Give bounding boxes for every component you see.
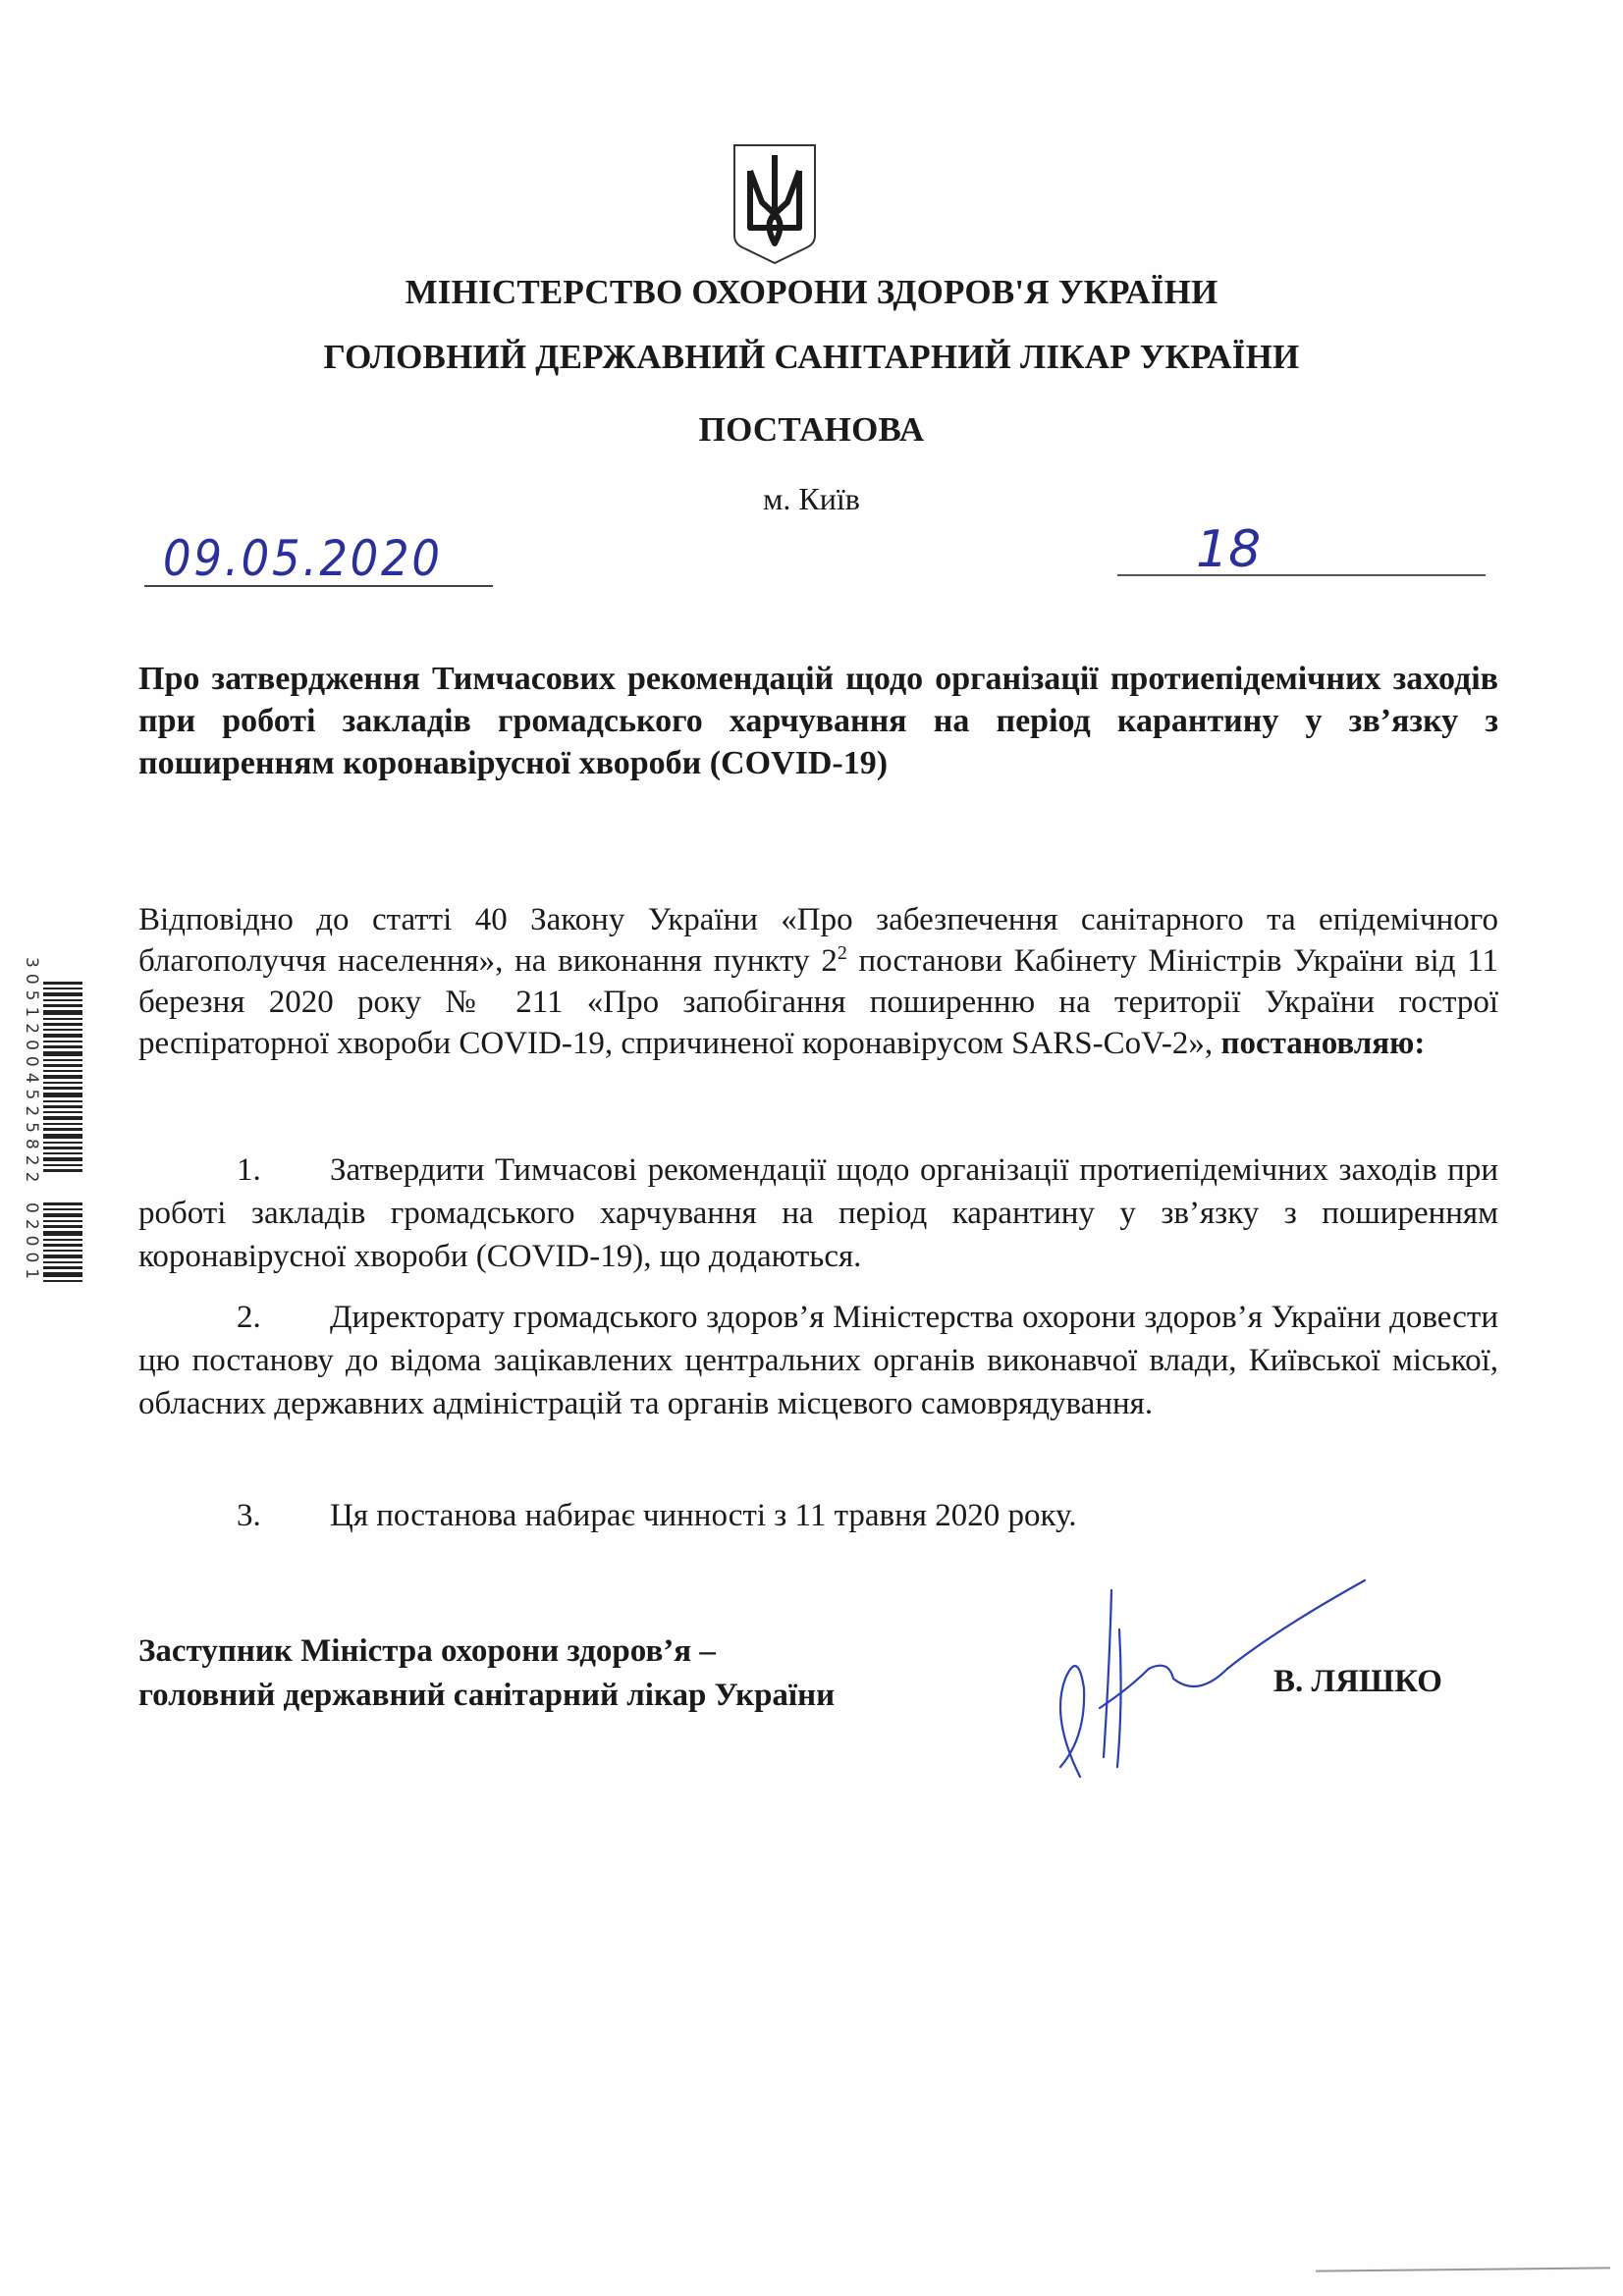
handwritten-number: 18: [1196, 520, 1261, 579]
list-item: 3.Ця постанова набирає чинності з 11 тра…: [138, 1494, 1498, 1537]
item-number: 2.: [138, 1296, 330, 1339]
barcode-digits-top: 30512004525822: [22, 957, 41, 1188]
scan-edge-line: [1316, 2267, 1610, 2271]
handwritten-date: 09.05.2020: [163, 530, 443, 587]
preamble-paragraph: Відповідно до статті 40 Закону України «…: [138, 899, 1498, 1064]
signatory-position: Заступник Міністра охорони здоров’я – го…: [138, 1629, 835, 1718]
item-number: 3.: [138, 1494, 330, 1537]
preamble-superscript: 2: [838, 942, 847, 964]
resolve-word: постановляю:: [1220, 1026, 1425, 1061]
item-number: 1.: [138, 1148, 330, 1192]
number-underline: [1117, 574, 1486, 576]
document-title: Про затвердження Тимчасових рекомендацій…: [138, 658, 1498, 784]
signatory-name: В. ЛЯШКО: [1273, 1664, 1442, 1700]
chief-sanitary-doctor-title: ГОЛОВНИЙ ДЕРЖАВНИЙ САНІТАРНИЙ ЛІКАР УКРА…: [0, 338, 1623, 377]
document-page: МІНІСТЕРСТВО ОХОРОНИ ЗДОРОВ'Я УКРАЇНИ ГО…: [0, 0, 1623, 2296]
signatory-position-line2: головний державний санітарний лікар Укра…: [138, 1674, 835, 1718]
item-text: Директорату громадського здоров’я Мініст…: [138, 1300, 1498, 1421]
ministry-name: МІНІСТЕРСТВО ОХОРОНИ ЗДОРОВ'Я УКРАЇНИ: [0, 273, 1623, 312]
list-item: 2.Директорату громадського здоров’я Міні…: [138, 1296, 1498, 1425]
document-type: ПОСТАНОВА: [0, 410, 1623, 450]
date-underline: [144, 585, 493, 587]
item-text: Ця постанова набирає чинності з 11 травн…: [330, 1498, 1076, 1533]
item-text: Затвердити Тимчасові рекомендації щодо о…: [138, 1152, 1498, 1274]
city: м. Київ: [0, 481, 1623, 517]
signatory-position-line1: Заступник Міністра охорони здоров’я –: [138, 1629, 835, 1674]
list-item: 1.Затвердити Тимчасові рекомендації щодо…: [138, 1148, 1498, 1278]
barcode-digits-bottom: 02001: [22, 1202, 41, 1285]
trident-emblem-icon: [730, 141, 819, 265]
